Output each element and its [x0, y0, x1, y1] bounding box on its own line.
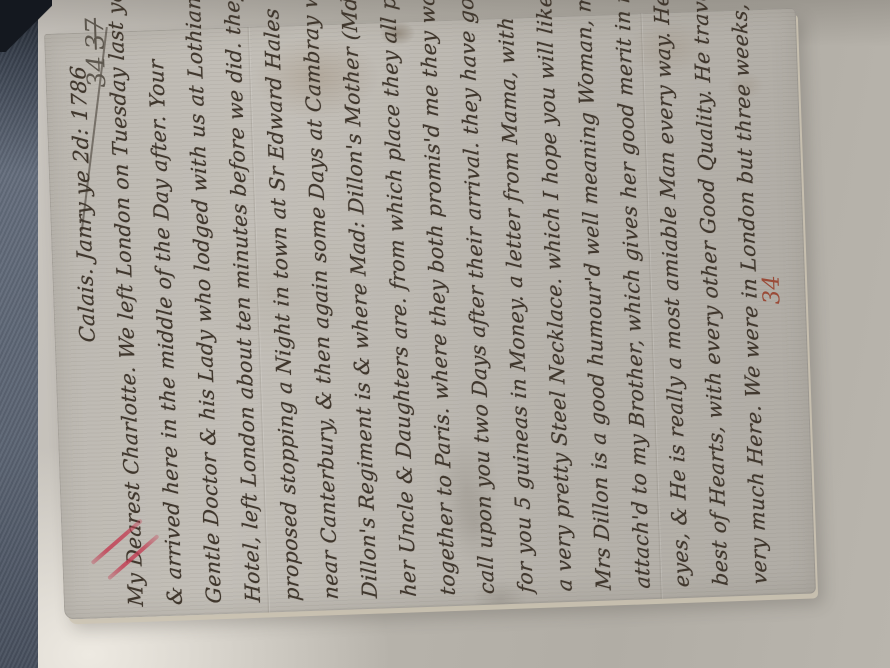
red-folio-number: 34	[759, 275, 786, 305]
pencil-folio-old-struck: 37	[80, 17, 110, 50]
pencil-folio-numbers: 3437	[80, 17, 111, 88]
letter-lines: Calais. Janry ye 2d: 1786My Dearest Char…	[59, 23, 802, 608]
book-binding-strip	[0, 0, 38, 668]
photo-of-letter: { "scene": { "description": "Photograph …	[0, 0, 890, 668]
letter-sheet: Calais. Janry ye 2d: 1786My Dearest Char…	[44, 8, 816, 620]
pencil-folio-new: 34	[81, 55, 111, 88]
